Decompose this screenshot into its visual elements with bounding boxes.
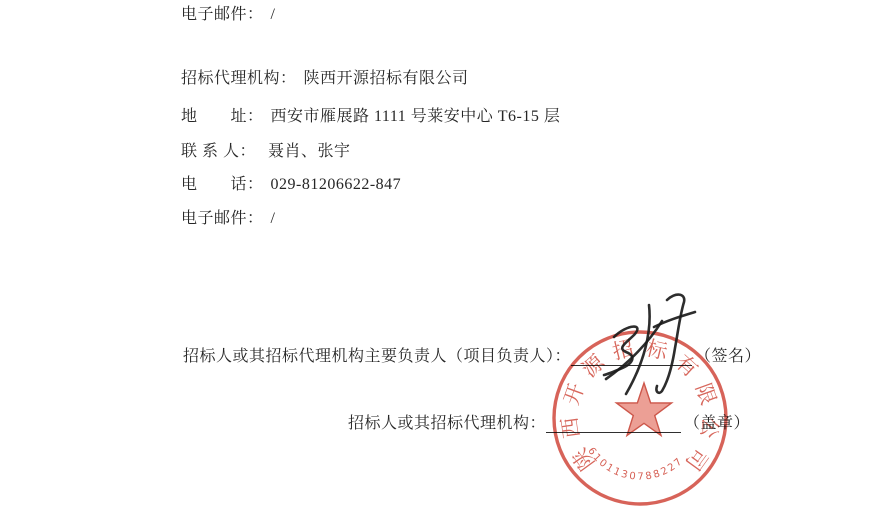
email-line-agency: 电子邮件： /: [181, 209, 275, 228]
org-label: 招标人或其招标代理机构：: [348, 414, 546, 433]
seal-arc-char: 开: [559, 380, 589, 408]
signature-blank-line: [571, 344, 692, 366]
phone-label: 电 话：: [181, 175, 264, 194]
stamp-blank-line: [546, 411, 681, 433]
contacts-line: 联 系 人： 聂肖、张宇: [181, 142, 351, 161]
email-line-top: 电子邮件： /: [181, 5, 275, 24]
seal-arc-char: 限: [691, 380, 721, 408]
address-label: 地 址：: [181, 107, 264, 126]
org-stamp-line: 招标人或其招标代理机构： （盖章）: [348, 411, 750, 433]
agency-label: 招标代理机构：: [181, 69, 297, 88]
agency-value: 陕西开源招标有限公司: [304, 69, 469, 88]
email-value: /: [271, 5, 276, 24]
leader-label: 招标人或其招标代理机构主要负责人（项目负责人）：: [183, 347, 571, 366]
phone-value: 029-81206622-847: [271, 175, 402, 194]
seal-arc-char: 陕: [568, 444, 600, 475]
email-label: 电子邮件：: [181, 209, 264, 228]
seal-registration-number: 6101130788227: [585, 446, 686, 483]
seal-arc-char: 司: [681, 444, 713, 475]
email-label: 电子邮件：: [181, 5, 264, 24]
stamp-hint: （盖章）: [684, 414, 750, 433]
contacts-label: 联 系 人：: [181, 142, 261, 161]
phone-line: 电 话： 029-81206622-847: [181, 175, 401, 194]
contacts-value: 聂肖、张宇: [268, 142, 351, 161]
email-value: /: [271, 209, 276, 228]
address-value: 西安市雁展路 1111 号莱安中心 T6-15 层: [271, 107, 561, 126]
leader-signature-line: 招标人或其招标代理机构主要负责人（项目负责人）： （签名）: [183, 344, 761, 366]
sign-name-hint: （签名）: [695, 347, 761, 366]
agency-line: 招标代理机构： 陕西开源招标有限公司: [181, 69, 469, 88]
address-line: 地 址： 西安市雁展路 1111 号莱安中心 T6-15 层: [181, 107, 560, 126]
